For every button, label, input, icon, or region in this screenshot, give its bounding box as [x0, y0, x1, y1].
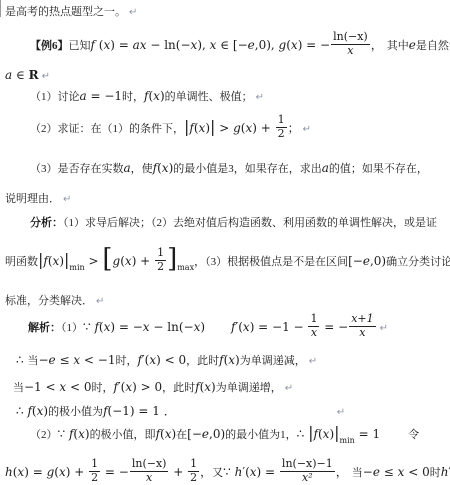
line-example6-statement: 【例6】已知f (x) = ax − ln(−x), x ∈ [−e,0), g… [30, 32, 450, 59]
math-variable: e [373, 465, 380, 479]
paragraph-mark-icon: ↵ [285, 383, 293, 394]
math-roman: ， [336, 465, 348, 479]
line-solution-part1-derivative: 解析：（1）∵ f(x) = −x − ln(−x)f′(x) = −1 − 1… [28, 314, 388, 341]
fraction-numerator: ln(−x)−1 [280, 458, 335, 472]
line-solution-part1-minimum: ∴ f(x)的极小值为f(−1) = 1 ．↵ [16, 403, 345, 421]
math-variable: a [80, 89, 87, 103]
math-variable: x [125, 254, 132, 268]
math-variable: x [78, 427, 85, 441]
line-solution-part1-increasing: 当−1 < x < 0时，f′(x) > 0，此时f(x)为单调递增，↵ [13, 379, 293, 397]
math-variable: e [202, 427, 209, 441]
math-variable: e [248, 38, 255, 52]
fraction-numerator: x+1 [349, 313, 375, 327]
line-analysis-1: 分析：（1）求导后解决；（2）去绝对值后构造函数、利用函数的单调性解决，或是证 [30, 214, 437, 231]
fraction-numerator: 1 [308, 313, 319, 327]
math-variable: ax [133, 38, 147, 52]
fraction: 12 [276, 114, 287, 141]
paragraph-mark-icon: ↵ [337, 407, 345, 418]
math-roman: ) + [66, 465, 88, 479]
fraction: 12 [188, 458, 199, 485]
math-variable: x [250, 465, 257, 479]
fraction-denominator: 2 [155, 261, 166, 274]
math-roman: ,0) [209, 427, 225, 441]
fraction-denominator: 2 [188, 472, 199, 485]
text-run: （1）讨论 [30, 91, 80, 103]
bold-label: 【例6】 [30, 40, 69, 52]
math-roman: ≤ [56, 353, 74, 367]
fraction-denominator: x² [280, 472, 335, 485]
fraction-denominator: x [349, 327, 375, 340]
math-roman: −1 < [24, 380, 59, 394]
fraction-denominator: 2 [276, 128, 287, 141]
page-edge-artifact [0, 0, 1, 17]
math-roman: ) + [132, 254, 154, 268]
big-pipe: | [308, 423, 313, 442]
fraction: 1x [308, 313, 319, 340]
bold-label: 解析： [28, 322, 61, 334]
math-variable: e [363, 254, 370, 268]
math-variable: x [143, 320, 150, 334]
subscript: min [69, 263, 84, 272]
fraction-numerator: 1 [155, 247, 166, 261]
big-pipe: | [38, 250, 43, 269]
paragraph-mark-icon: ↵ [63, 194, 71, 205]
line-analysis-2: 明函数|f(x)|min > [g(x) + 12]max，（3）根据极值点是不… [5, 248, 450, 276]
text-run: 的单调性、极值； [165, 91, 253, 103]
math-roman: ,0) [370, 254, 386, 268]
line-intro: 是高考的热点题型之一。↵ [5, 3, 137, 21]
text-run: 的值；如果不存在， [329, 163, 428, 175]
line-question-3-cont: 说明理由．↵ [5, 190, 71, 208]
math-variable: x [162, 161, 169, 175]
fraction-numerator: ln(−x) [130, 458, 169, 472]
fraction: ln(−x)x [331, 31, 370, 58]
math-roman: ′( [236, 320, 243, 334]
text-run: 时， [115, 355, 137, 367]
math-roman: ) > 0 [132, 380, 162, 394]
text-run: （3）是否存在实数 [30, 163, 124, 175]
fraction-denominator: x [331, 45, 370, 58]
big-pipe: | [64, 250, 69, 269]
math-roman: (−1) = 1 ． [108, 404, 176, 418]
text-run: 在 [176, 429, 187, 441]
math-roman: ∈ [− [216, 38, 247, 52]
math-roman: ∴ [297, 427, 308, 441]
subscript: max [177, 263, 194, 272]
bold-label: 分析： [30, 217, 63, 229]
math-variable: a [124, 161, 131, 175]
math-roman: ) = − [298, 38, 330, 52]
math-variable: a [322, 161, 329, 175]
text-run: 其中 [387, 40, 409, 52]
fraction-denominator: 2 [89, 472, 100, 485]
fraction: x+1x [349, 313, 375, 340]
fraction-numerator: 1 [276, 114, 287, 128]
text-run: 令 [408, 429, 419, 441]
paragraph-mark-icon: ↵ [303, 124, 311, 135]
fraction-denominator: x [308, 327, 319, 340]
math-roman: − [38, 353, 48, 367]
text-run: （1）求导后解决；（2）去绝对值后构造函数、利用函数的单调性解决，或是证 [63, 217, 437, 229]
paragraph-mark-icon: ↵ [96, 296, 104, 307]
math-roman: ) [200, 320, 205, 334]
text-run: 的极小值为 [48, 406, 103, 418]
math-roman: ) < 0 [156, 353, 186, 367]
math-variable: x [153, 89, 160, 103]
subscript: min [340, 436, 355, 445]
math-roman: ), [197, 38, 209, 52]
fraction-numerator: ln(−x) [331, 31, 370, 45]
math-roman: − [363, 465, 373, 479]
math-variable: e [49, 353, 56, 367]
math-roman: ∵ [83, 320, 94, 334]
text-run: 确立分类讨论的 [386, 256, 450, 268]
text-run: ，此时 [162, 382, 195, 394]
big-bracket: ] [167, 244, 177, 274]
math-roman: < 0 [404, 465, 429, 479]
math-roman: = − [101, 465, 129, 479]
text-run: （2） [30, 429, 58, 441]
fraction: ln(−x)−1x² [280, 458, 335, 485]
math-variable: x [59, 465, 66, 479]
math-roman: − ln(− [150, 320, 194, 334]
math-roman: ∵ [58, 427, 69, 441]
text-run: 时， [122, 91, 144, 103]
math-roman: ) = [257, 465, 279, 479]
paragraph-mark-icon: ↵ [256, 92, 264, 103]
math-roman: ) = [110, 38, 132, 52]
math-variable: e [409, 38, 416, 52]
line-question-3: （3）是否存在实数a，使f(x)的最小值是3，如果存在，求出a的值；如果不存在， [30, 160, 428, 177]
math-roman: ′( [242, 465, 249, 479]
big-pipe: | [210, 117, 215, 136]
text-run: 为单调递减， [240, 355, 306, 367]
fraction-denominator: x [130, 472, 169, 485]
math-roman: ∈ [12, 68, 29, 82]
math-roman: ； [288, 121, 300, 135]
paragraph-mark-icon: ↵ [129, 7, 137, 18]
line-solution-part1-decreasing: ∴ 当−e ≤ x < −1时，f′(x) < 0，此时f(x)为单调递减，↵ [16, 352, 317, 370]
text-run: （1） [61, 322, 83, 334]
math-variable: x [228, 353, 235, 367]
text-run: 时 [430, 467, 441, 479]
math-roman: < −1 [80, 353, 115, 367]
text-run: ，使 [131, 163, 153, 175]
math-roman: [− [187, 427, 202, 441]
math-roman: = −1 [87, 89, 122, 103]
text-run: 标准，分类解决． [5, 295, 93, 307]
text-run: 的极小值，即 [90, 429, 156, 441]
text-run: 的最小值为1， [225, 429, 297, 441]
fraction: 12 [89, 458, 100, 485]
text-run: 当 [27, 355, 38, 367]
math-roman: ∴ [16, 404, 27, 418]
text-run: 当 [352, 467, 363, 479]
text-run: 已知 [69, 40, 91, 52]
fraction: ln(−x)x [130, 458, 169, 485]
math-variable: x [291, 38, 298, 52]
math-roman: = 1 [355, 427, 380, 441]
paragraph-mark-icon: ↵ [42, 71, 50, 82]
math-roman: ≤ [380, 465, 398, 479]
math-variable: x [243, 320, 250, 334]
line-domain-a-in-R: a ∈ R↵ [5, 67, 50, 85]
line-question-1: （1）讨论a = −1时，f(x)的单调性、极值；↵ [30, 88, 264, 106]
document-page: 是高考的热点题型之一。↵【例6】已知f (x) = ax − ln(−x), x… [0, 0, 450, 485]
math-roman: [− [348, 254, 363, 268]
text-run: 时， [91, 382, 113, 394]
math-roman: + [169, 465, 187, 479]
text-run: 又 [212, 467, 223, 479]
line-solution-part2-min-value: （2）∵ f(x)的极小值，即f(x)在[−e,0)的最小值为1，∴ |f(x)… [30, 426, 419, 449]
math-roman: ) = −1 − [250, 320, 308, 334]
math-roman: < 0 [66, 380, 91, 394]
math-bold-roman: R [29, 68, 39, 82]
math-roman: ) = − [110, 320, 142, 334]
math-roman: ) = [24, 465, 46, 479]
text-run: ，（3）根据极值点是不是在区间 [194, 256, 348, 268]
math-variable: g [233, 121, 241, 135]
text-run: 是自然常数， [416, 40, 450, 52]
math-roman: > [215, 121, 233, 135]
line-solution-part2-h-function: h(x) = g(x) + 12 = −ln(−x)x + 12，又∵ h′(x… [5, 459, 450, 485]
line-question-2: （2）求证：在（1）的条件下，|f(x)| > g(x) + 12；↵ [30, 115, 311, 142]
text-run: 说明理由． [5, 193, 60, 205]
math-roman: = − [320, 320, 348, 334]
fraction-numerator: 1 [89, 458, 100, 472]
text-run: 是高考的热点题型之一。 [5, 6, 126, 18]
math-variable: h [5, 465, 13, 479]
math-roman: ,0), [255, 38, 279, 52]
big-pipe: | [334, 423, 339, 442]
fraction-numerator: 1 [188, 458, 199, 472]
math-roman: ， [371, 38, 383, 52]
text-run: ，此时 [186, 355, 219, 367]
math-roman: ∵ [223, 465, 234, 479]
math-roman: > [85, 254, 103, 268]
math-roman: ) + [252, 121, 274, 135]
fraction: 12 [155, 247, 166, 274]
text-run: （2）求证：在（1）的条件下， [30, 123, 184, 135]
text-run: 的最小值是3，如果存在，求出 [173, 163, 322, 175]
paragraph-mark-icon: ↵ [380, 323, 388, 334]
big-bracket: [ [102, 244, 112, 274]
text-run: 当 [13, 382, 24, 394]
line-analysis-3: 标准，分类解决．↵ [5, 292, 104, 310]
math-roman: − ln(− [147, 38, 191, 52]
paragraph-mark-icon: ↵ [309, 356, 317, 367]
text-run: 为单调递增， [216, 382, 282, 394]
math-roman: ， [200, 465, 212, 479]
math-roman: ∴ [16, 353, 27, 367]
big-pipe: | [184, 117, 189, 136]
text-run: 明函数 [5, 256, 38, 268]
